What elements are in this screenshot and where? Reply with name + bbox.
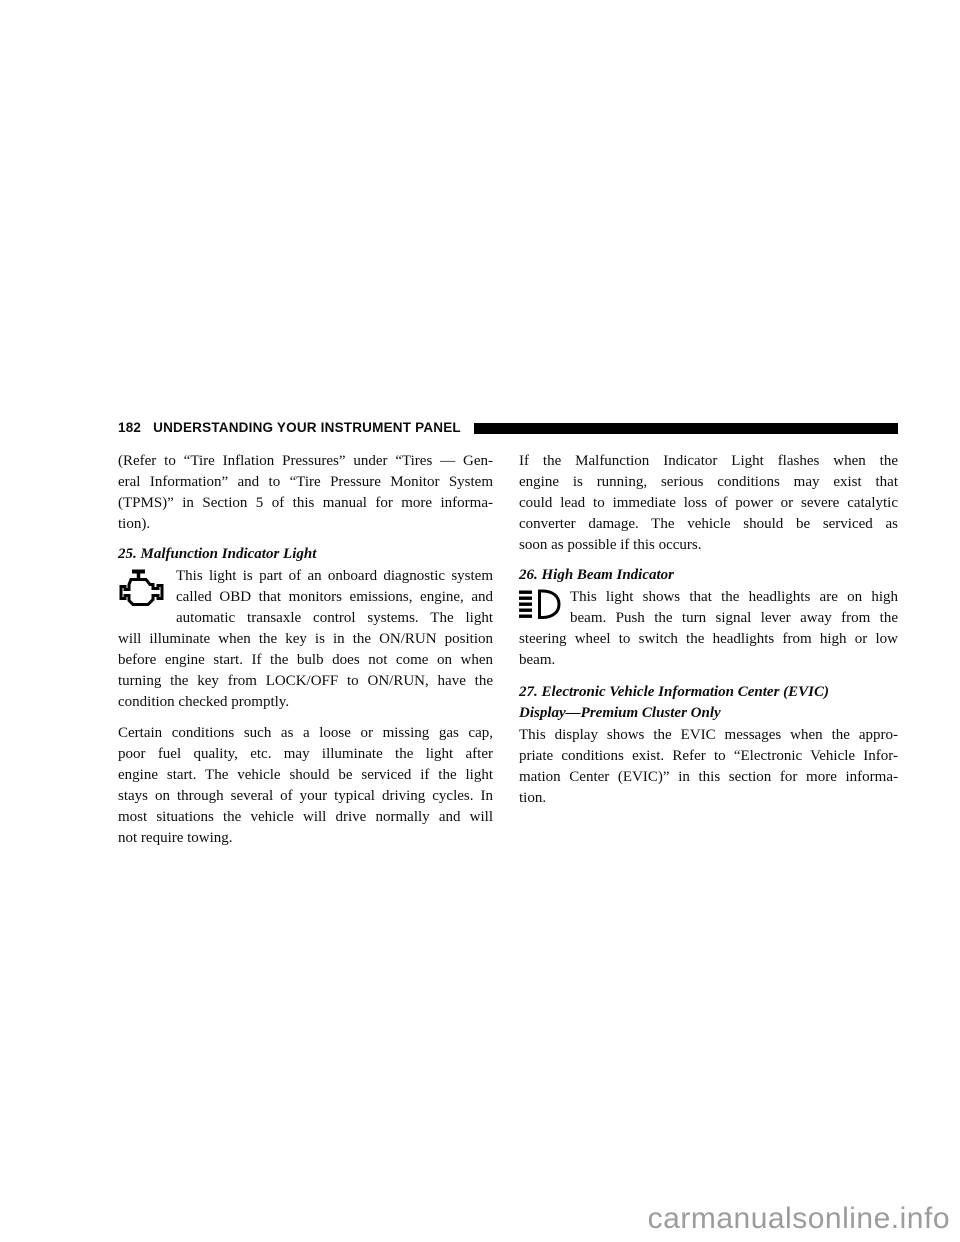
section-25-heading: 25. Malfunction Indicator Light (118, 544, 493, 565)
paragraph-lines-full-width: will illuminate when the key is in the O… (118, 629, 493, 713)
text-line: could lead to immediate loss of power or… (519, 493, 898, 514)
tpms-reference-paragraph: (Refer to “Tire Inflation Pressures” und… (118, 451, 493, 535)
section-27-heading: 27. Electronic Vehicle Information Cente… (519, 682, 898, 724)
text-line: tion). (118, 514, 493, 535)
section-26-heading: 26. High Beam Indicator (519, 565, 898, 586)
text-line: beam. Push the turn signal lever away fr… (570, 608, 898, 629)
text-line: beam. (519, 650, 898, 671)
text-line: steering wheel to switch the headlights … (519, 629, 898, 650)
text-line: engine start. The vehicle should be serv… (118, 765, 493, 786)
text-line: not require towing. (118, 828, 493, 849)
text-line: most situations the vehicle will drive n… (118, 807, 493, 828)
mil-flashing-paragraph: If the Malfunction Indicator Light flash… (519, 451, 898, 556)
section-27-heading-line1: 27. Electronic Vehicle Information Cente… (519, 682, 898, 703)
running-header: 182 UNDERSTANDING YOUR INSTRUMENT PANEL (118, 420, 898, 435)
text-line: tion. (519, 788, 898, 809)
text-line: stays on through several of your typical… (118, 786, 493, 807)
gas-cap-conditions-paragraph: Certain conditions such as a loose or mi… (118, 723, 493, 849)
section-25-heading-text: 25. Malfunction Indicator Light (118, 544, 493, 565)
header-rule-bar (474, 423, 898, 434)
text-line: engine is running, serious conditions ma… (519, 472, 898, 493)
text-line: eral Information” and to “Tire Pressure … (118, 472, 493, 493)
paragraph-lines-beside-icon: This light is part of an onboard diagnos… (176, 566, 493, 629)
text-line: converter damage. The vehicle should be … (519, 514, 898, 535)
text-line: This display shows the EVIC messages whe… (519, 725, 898, 746)
engine-icon (118, 569, 164, 613)
right-column: If the Malfunction Indicator Light flash… (519, 451, 898, 818)
text-line: poor fuel quality, etc. may illuminate t… (118, 744, 493, 765)
evic-display-paragraph: This display shows the EVIC messages whe… (519, 725, 898, 809)
page-number: 182 (118, 420, 141, 435)
paragraph-lines-full-width: steering wheel to switch the headlights … (519, 629, 898, 671)
text-line: (TPMS)” in Section 5 of this manual for … (118, 493, 493, 514)
malfunction-indicator-paragraph: This light is part of an onboard diagnos… (118, 566, 493, 713)
high-beam-paragraph: This light shows that the headlights are… (519, 587, 898, 671)
text-line: Certain conditions such as a loose or mi… (118, 723, 493, 744)
section-26-heading-text: 26. High Beam Indicator (519, 565, 898, 586)
text-line: This light is part of an onboard diagnos… (176, 566, 493, 587)
text-line: before engine start. If the bulb does no… (118, 650, 493, 671)
paragraph-lines-beside-icon: This light shows that the headlights are… (570, 587, 898, 629)
text-line: soon as possible if this occurs. (519, 535, 898, 556)
text-line: (Refer to “Tire Inflation Pressures” und… (118, 451, 493, 472)
manual-page: 182 UNDERSTANDING YOUR INSTRUMENT PANEL … (0, 0, 960, 1242)
text-line: If the Malfunction Indicator Light flash… (519, 451, 898, 472)
section-27-heading-line2: Display—Premium Cluster Only (519, 703, 898, 724)
text-line: This light shows that the headlights are… (570, 587, 898, 608)
high-beam-icon (519, 589, 562, 627)
text-line: mation Center (EVIC)” in this section fo… (519, 767, 898, 788)
text-line: will illuminate when the key is in the O… (118, 629, 493, 650)
left-column: (Refer to “Tire Inflation Pressures” und… (118, 451, 493, 858)
text-line: turning the key from LOCK/OFF to ON/RUN,… (118, 671, 493, 692)
text-line: condition checked promptly. (118, 692, 493, 713)
header-title: UNDERSTANDING YOUR INSTRUMENT PANEL (153, 420, 461, 435)
watermark-text: carmanualsonline.info (648, 1202, 950, 1236)
text-line: automatic transaxle control systems. The… (176, 608, 493, 629)
text-line: priate conditions exist. Refer to “Elect… (519, 746, 898, 767)
text-line: called OBD that monitors emissions, engi… (176, 587, 493, 608)
